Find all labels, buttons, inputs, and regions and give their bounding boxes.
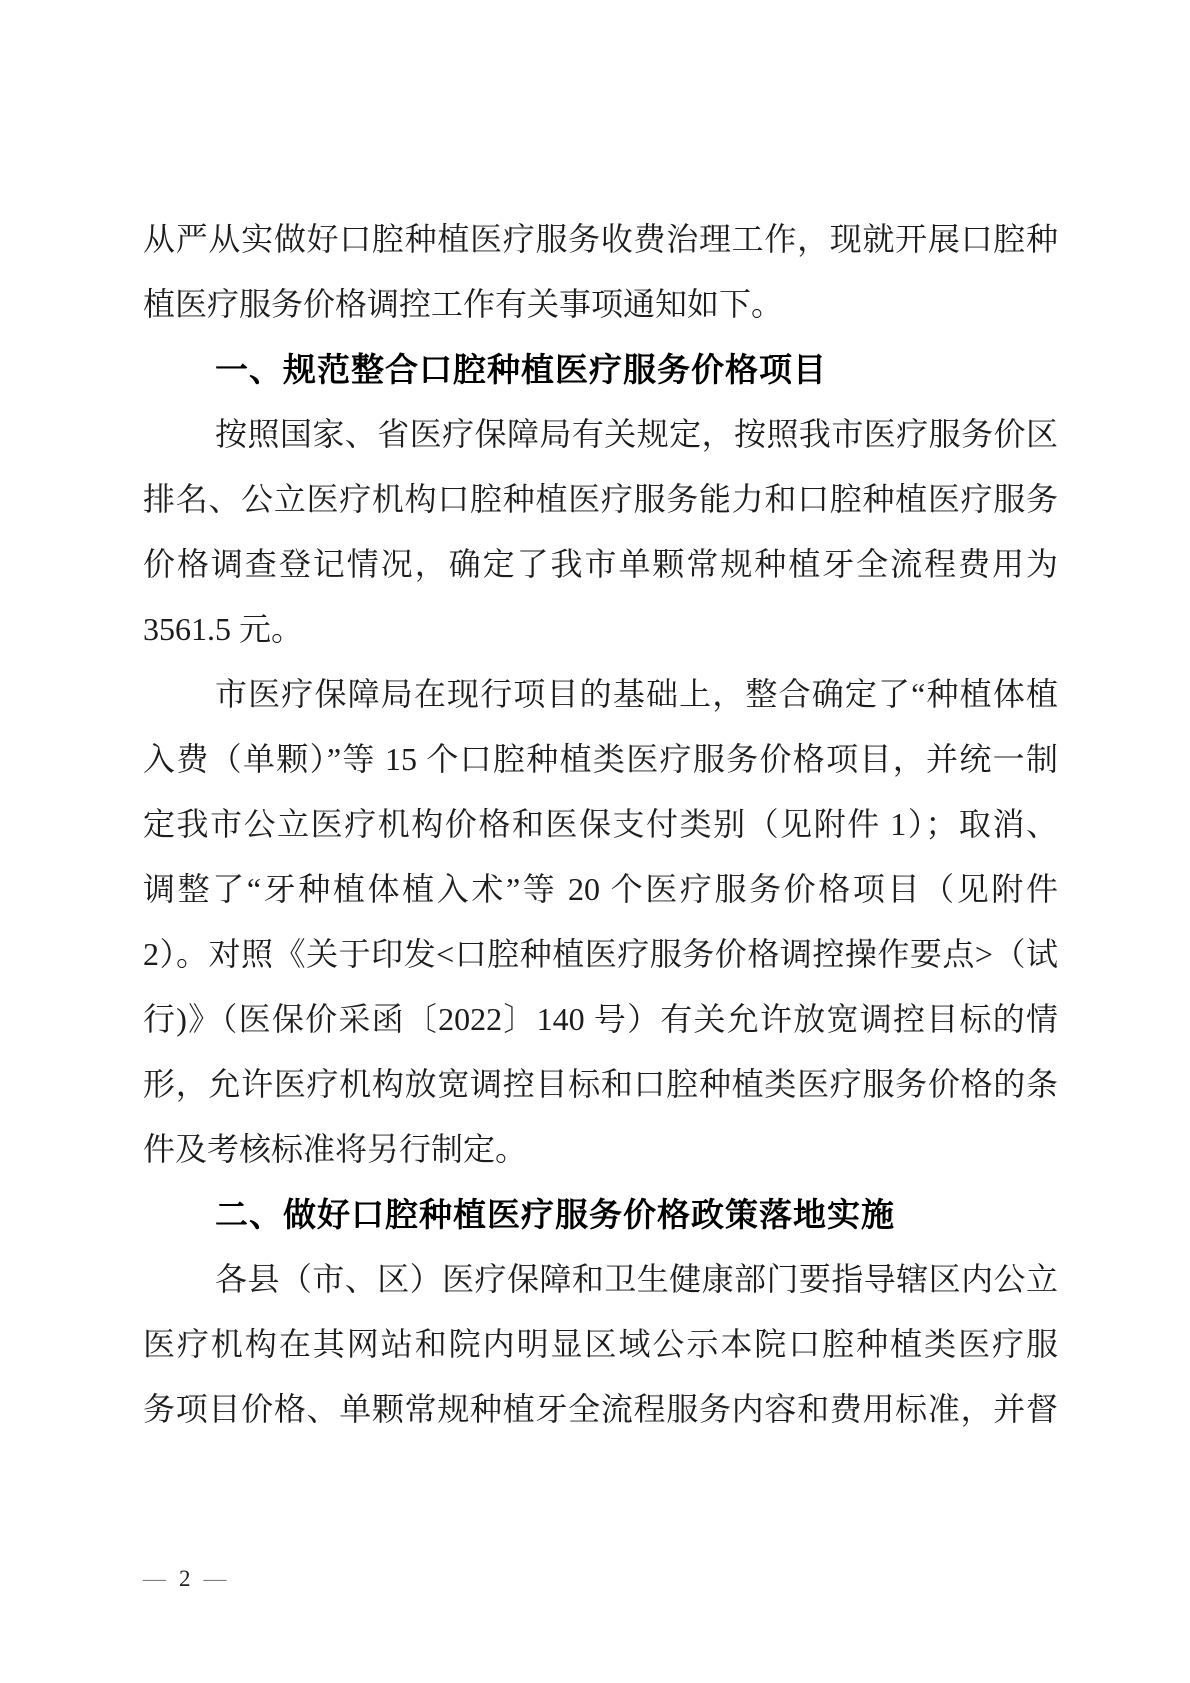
body-line: 排名、公立医疗机构口腔种植医疗服务能力和口腔种植医疗服务 bbox=[143, 467, 1058, 532]
body-line: 各县（市、区）医疗保障和卫生健康部门要指导辖区内公立 bbox=[143, 1247, 1058, 1312]
body-line: 植医疗服务价格调控工作有关事项通知如下。 bbox=[143, 272, 1058, 337]
page-footer: — 2 — bbox=[143, 1563, 227, 1595]
section-heading: 二、做好口腔种植医疗服务价格政策落地实施 bbox=[143, 1182, 1058, 1247]
document-content: 从严从实做好口腔种植医疗服务收费治理工作，现就开展口腔种植医疗服务价格调控工作有… bbox=[143, 207, 1058, 1442]
body-line: 件及考核标准将另行制定。 bbox=[143, 1117, 1058, 1182]
section-heading: 一、规范整合口腔种植医疗服务价格项目 bbox=[143, 337, 1058, 402]
body-line: 调整了“牙种植体植入术”等 20 个医疗服务价格项目（见附件 bbox=[143, 857, 1058, 922]
footer-page-number: 2 bbox=[179, 1563, 191, 1595]
body-line: 2）。对照《关于印发<口腔种植医疗服务价格调控操作要点>（试 bbox=[143, 922, 1058, 987]
body-line: 医疗机构在其网站和院内明显区域公示本院口腔种植类医疗服 bbox=[143, 1312, 1058, 1377]
body-line: 形，允许医疗机构放宽调控目标和口腔种植类医疗服务价格的条 bbox=[143, 1052, 1058, 1117]
body-line: 定我市公立医疗机构价格和医保支付类别（见附件 1）；取消、 bbox=[143, 792, 1058, 857]
footer-dash-right: — bbox=[204, 1563, 227, 1595]
document-page: 从严从实做好口腔种植医疗服务收费治理工作，现就开展口腔种植医疗服务价格调控工作有… bbox=[0, 0, 1190, 1683]
body-line: 价格调查登记情况，确定了我市单颗常规种植牙全流程费用为 bbox=[143, 532, 1058, 597]
body-line: 务项目价格、单颗常规种植牙全流程服务内容和费用标准，并督 bbox=[143, 1377, 1058, 1442]
footer-dash-left: — bbox=[143, 1563, 166, 1595]
body-line: 行)》（医保价采函〔2022〕140 号）有关允许放宽调控目标的情 bbox=[143, 987, 1058, 1052]
body-line: 3561.5 元。 bbox=[143, 597, 1058, 662]
body-line: 按照国家、省医疗保障局有关规定，按照我市医疗服务价区 bbox=[143, 402, 1058, 467]
body-line: 入费（单颗）”等 15 个口腔种植类医疗服务价格项目，并统一制 bbox=[143, 727, 1058, 792]
body-line: 从严从实做好口腔种植医疗服务收费治理工作，现就开展口腔种 bbox=[143, 207, 1058, 272]
body-line: 市医疗保障局在现行项目的基础上，整合确定了“种植体植 bbox=[143, 662, 1058, 727]
